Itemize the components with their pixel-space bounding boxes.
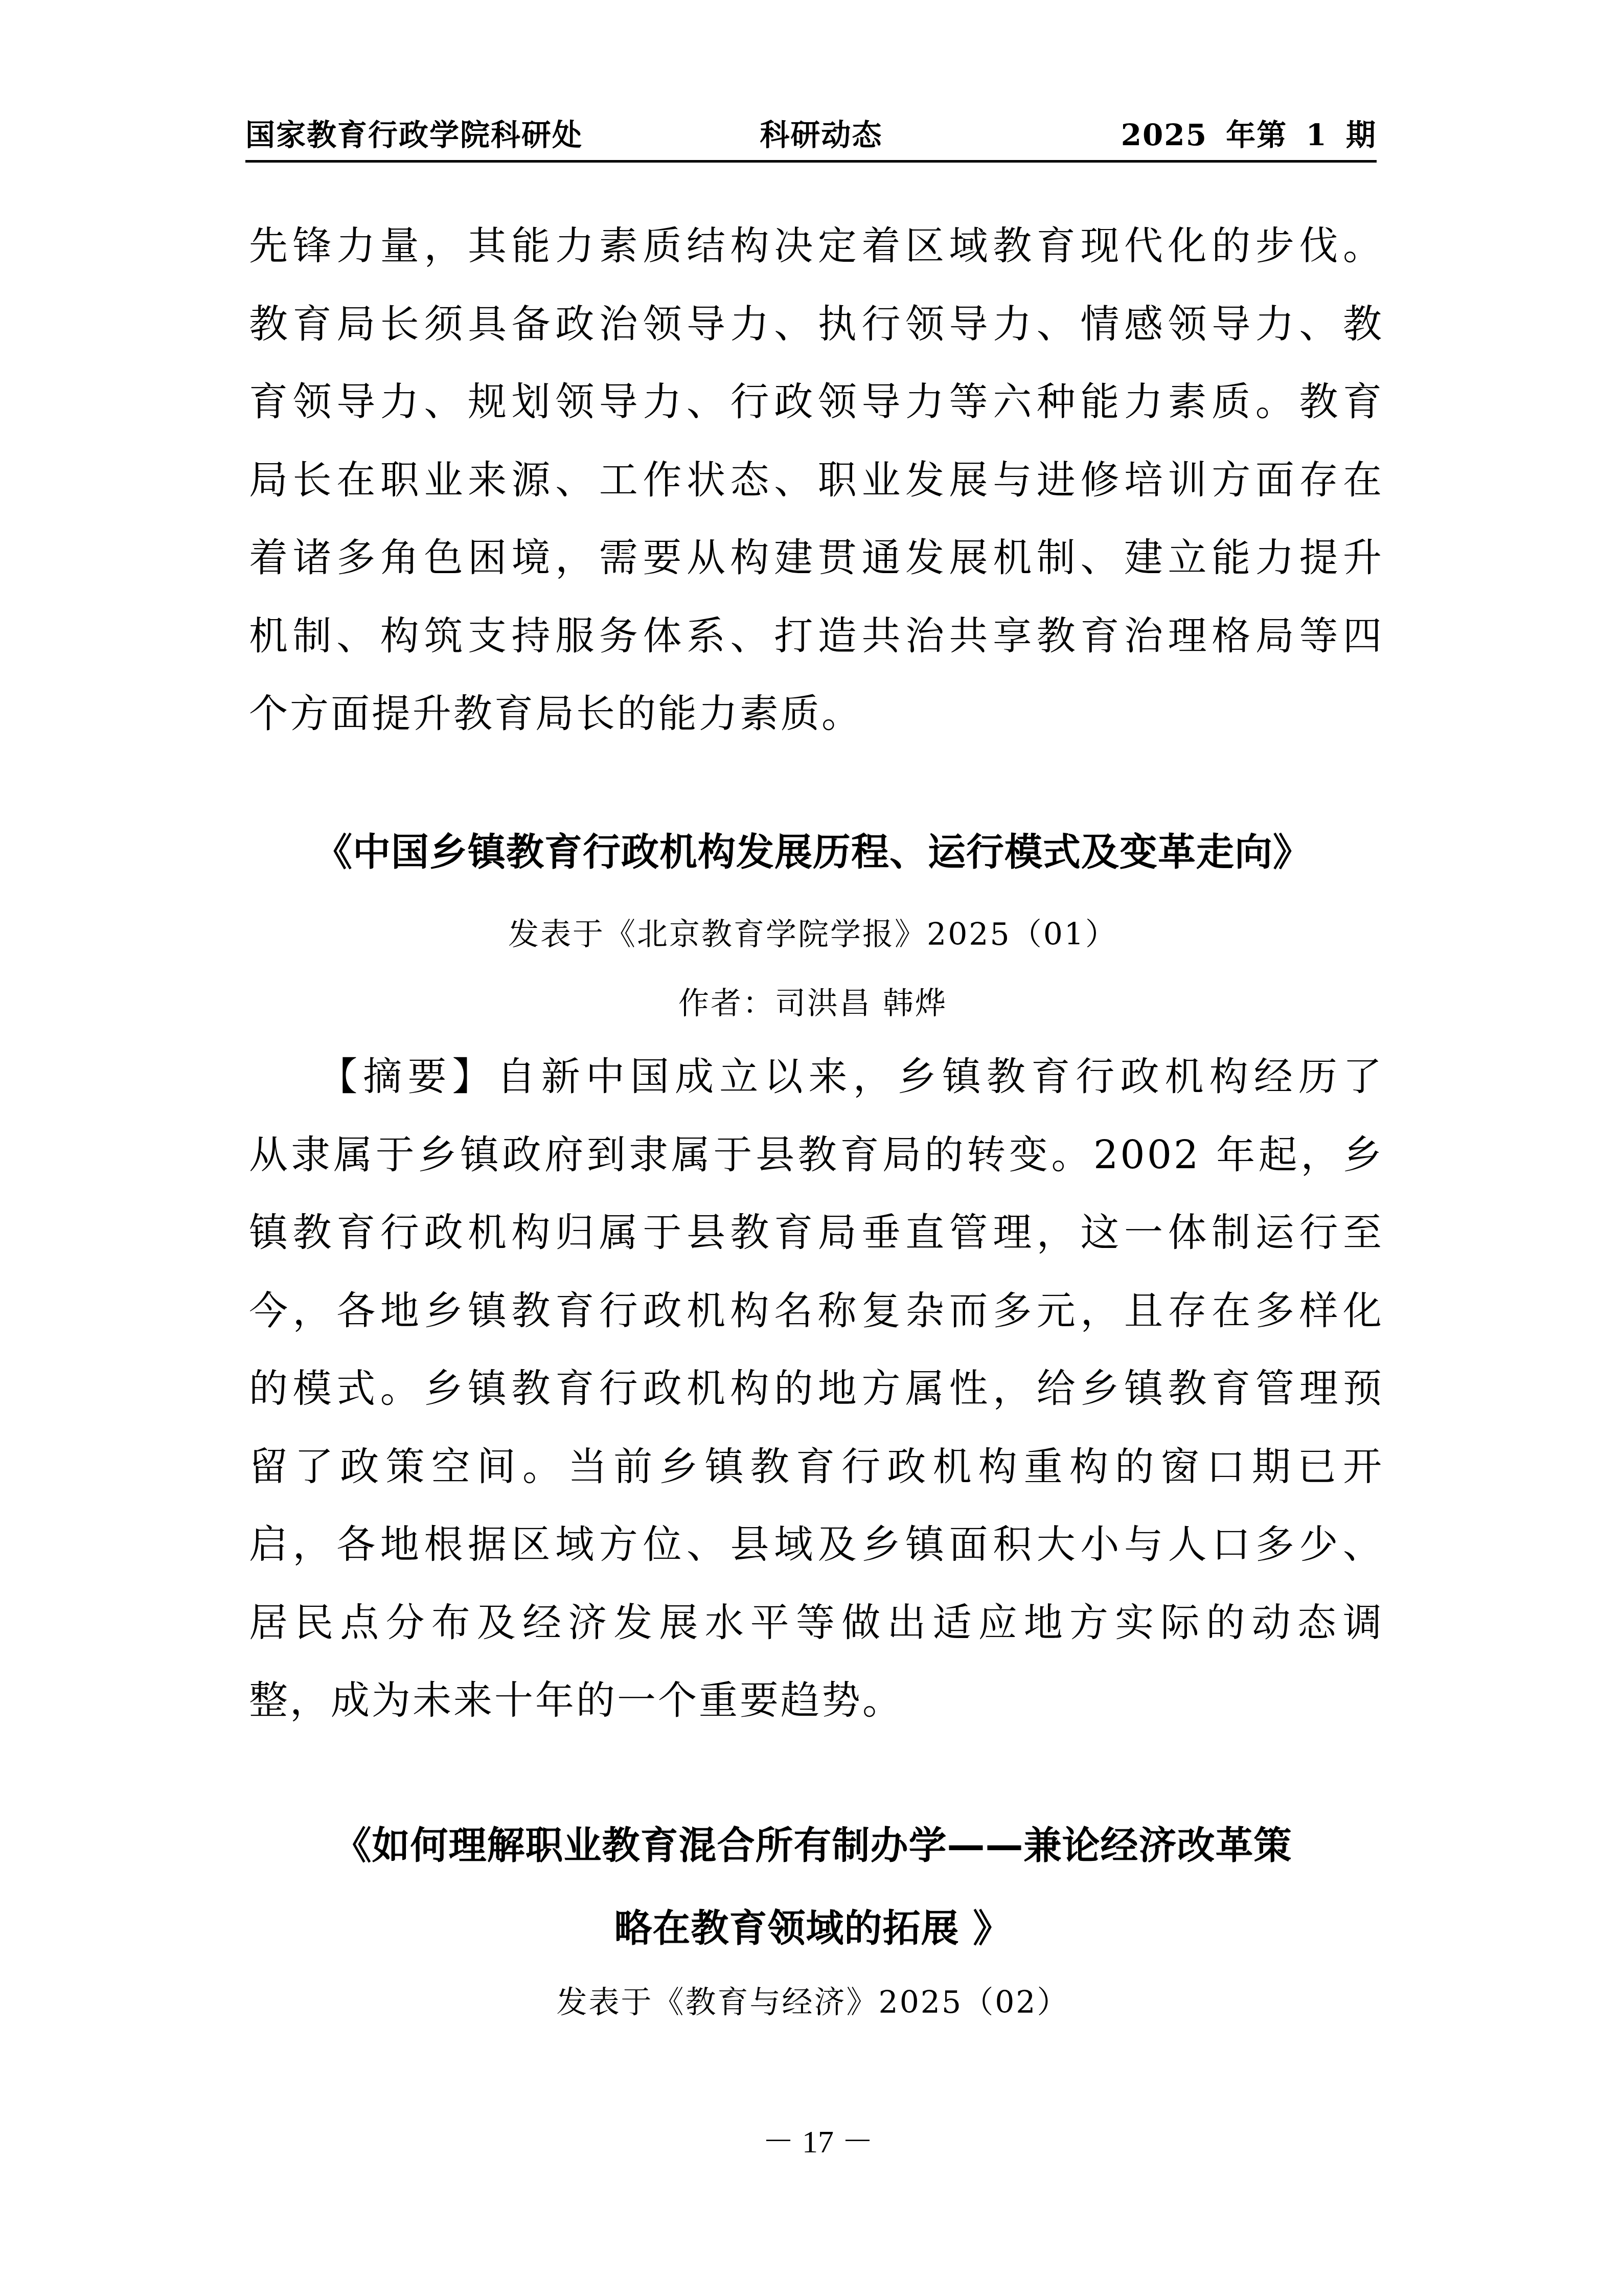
running-header: 国家教育行政学院科研处 科研动态 2025 年第 1 期 <box>245 117 1377 153</box>
abstract-line: 整，成为未来十年的一个重要趋势。 <box>249 1662 1384 1740</box>
abstract-line: 的模式。乡镇教育行政机构的地方属性，给乡镇教育管理预 <box>249 1350 1384 1428</box>
header-issue: 2025 年第 1 期 <box>988 117 1377 153</box>
article-1-published-in: 发表于《北京教育学院学报》2025（01） <box>245 912 1380 958</box>
abstract-line: 镇教育行政机构归属于县教育局垂直管理，这一体制运行至 <box>249 1194 1384 1272</box>
intro-paragraph: 先锋力量，其能力素质结构决定着区域教育现代化的步伐。 教育局长须具备政治领导力、… <box>249 207 1384 753</box>
header-publication-name: 科研动态 <box>719 117 924 153</box>
article-2-title-line-2: 略在教育领域的拓展 》 <box>245 1900 1380 1957</box>
text-line: 个方面提升教育局长的能力素质。 <box>249 675 1384 753</box>
text-line: 教育局长须具备政治领导力、执行领导力、情感领导力、教 <box>249 285 1384 363</box>
abstract-line: 今，各地乡镇教育行政机构名称复杂而多元，且存在多样化 <box>249 1272 1384 1350</box>
text-line: 机制、构筑支持服务体系、打造共治共享教育治理格局等四 <box>249 597 1384 675</box>
header-rule-divider <box>245 160 1377 163</box>
abstract-line: 【摘要】自新中国成立以来，乡镇教育行政机构经历了 <box>249 1038 1384 1116</box>
text-line: 着诸多角色困境，需要从构建贯通发展机制、建立能力提升 <box>249 519 1384 597</box>
article-2-published-in: 发表于《教育与经济》2025（02） <box>245 1980 1380 2026</box>
text-line: 先锋力量，其能力素质结构决定着区域教育现代化的步伐。 <box>249 207 1384 285</box>
article-1-abstract: 【摘要】自新中国成立以来，乡镇教育行政机构经历了 从隶属于乡镇政府到隶属于县教育… <box>249 1038 1384 1740</box>
document-page: 国家教育行政学院科研处 科研动态 2025 年第 1 期 先锋力量，其能力素质结… <box>0 0 1622 2296</box>
article-1-authors: 作者：司洪昌 韩烨 <box>245 981 1380 1027</box>
article-2-title-line-1: 《如何理解职业教育混合所有制办学——兼论经济改革策 <box>245 1817 1380 1874</box>
abstract-line: 启，各地根据区域方位、县域及乡镇面积大小与人口多少、 <box>249 1506 1384 1584</box>
abstract-line: 留了政策空间。当前乡镇教育行政机构重构的窗口期已开 <box>249 1428 1384 1506</box>
abstract-line: 从隶属于乡镇政府到隶属于县教育局的转变。2002 年起，乡 <box>249 1116 1384 1194</box>
text-line: 育领导力、规划领导力、行政领导力等六种能力素质。教育 <box>249 363 1384 441</box>
page-number: － 17 － <box>665 2119 971 2165</box>
text-line: 局长在职业来源、工作状态、职业发展与进修培训方面存在 <box>249 441 1384 519</box>
header-institution: 国家教育行政学院科研处 <box>245 117 634 153</box>
article-1-title: 《中国乡镇教育行政机构发展历程、运行模式及变革走向》 <box>245 824 1380 880</box>
abstract-line: 居民点分布及经济发展水平等做出适应地方实际的动态调 <box>249 1584 1384 1662</box>
